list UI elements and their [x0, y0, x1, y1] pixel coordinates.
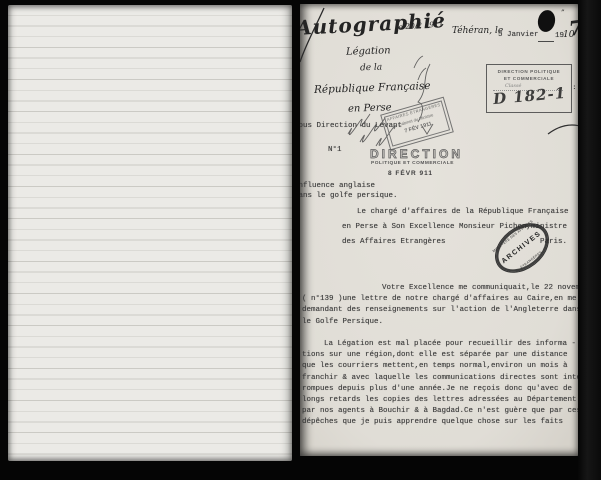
body-line: demandant des renseignements sur l'actio…	[302, 306, 578, 317]
dateline-rule	[538, 41, 554, 42]
body-line: franchir & avec laquelle les communicati…	[302, 374, 578, 385]
direction-outline-subline: POLITIQUE ET COMMERCIALE	[371, 161, 454, 166]
body-line: La Légation est mal placée pour recueill…	[324, 340, 578, 351]
dateline-date: 5 Janvier	[498, 31, 539, 39]
body-line: le Golfe Persique.	[302, 318, 578, 329]
ink-speck: ”	[561, 9, 565, 17]
body-paragraph-1: Votre Excellence me communiquait,le 22 n…	[302, 284, 578, 329]
body-line: Votre Excellence me communiquait,le 22 n…	[382, 284, 578, 295]
body-line: rompues depuis plus d'une année.Je ne re…	[302, 385, 578, 396]
margin-dots: :	[573, 82, 576, 91]
archival-scan: Autographié le 20/2 1911 Légation de la …	[0, 0, 601, 480]
direction-politique-stamp-line2: ET COMMERCIALE	[487, 76, 571, 81]
salutation-line-3: des Affaires Etrangères	[342, 238, 446, 246]
body-line: longs retards les copies des lettres adr…	[302, 396, 578, 407]
dateline-place: Téhéran, le	[452, 26, 503, 36]
body-line: tions sur une région,dont elle est sépar…	[302, 351, 578, 362]
body-line: dépêches que je puis apprendre quelque c…	[302, 418, 578, 429]
blank-ruled-page	[8, 5, 292, 461]
pen-dash-curve	[546, 116, 578, 138]
salutation-line-1: Le chargé d'affaires de la République Fr…	[357, 208, 569, 216]
archives-center-text: ARCHIVES	[497, 227, 547, 268]
direction-outline-stamp: DIRECTION	[370, 147, 463, 161]
letter-page: Autographié le 20/2 1911 Légation de la …	[300, 4, 578, 456]
subject-line-2: dans le golfe persique.	[300, 192, 398, 200]
direction-politique-stamp: DIRECTION POLITIQUE ET COMMERCIALE Class…	[486, 64, 572, 113]
body-line: que les courriers mettent,en temps norma…	[302, 362, 578, 373]
scan-right-edge	[578, 0, 601, 480]
body-line: par nos agents à Bouchir & à Bagdad.Ce n…	[302, 407, 578, 418]
filing-number-hand: D 182-1	[492, 84, 567, 108]
direction-politique-stamp-line1: DIRECTION POLITIQUE	[487, 69, 571, 74]
subject-line-1: Influence anglaise	[300, 182, 375, 190]
body-line: ( n°139 )une lettre de notre chargé d'af…	[302, 295, 578, 306]
sous-direction-line: Sous Direction du Levant	[300, 122, 402, 130]
archives-rim-bottom: ÉTRANGÈRES	[507, 240, 555, 279]
numero-line: N°1	[328, 146, 342, 154]
entry-date-stamp: 8 FÉVR 911	[388, 170, 433, 177]
ink-blot	[536, 8, 557, 33]
body-paragraph-2: La Légation est mal placée pour recueill…	[302, 340, 578, 430]
